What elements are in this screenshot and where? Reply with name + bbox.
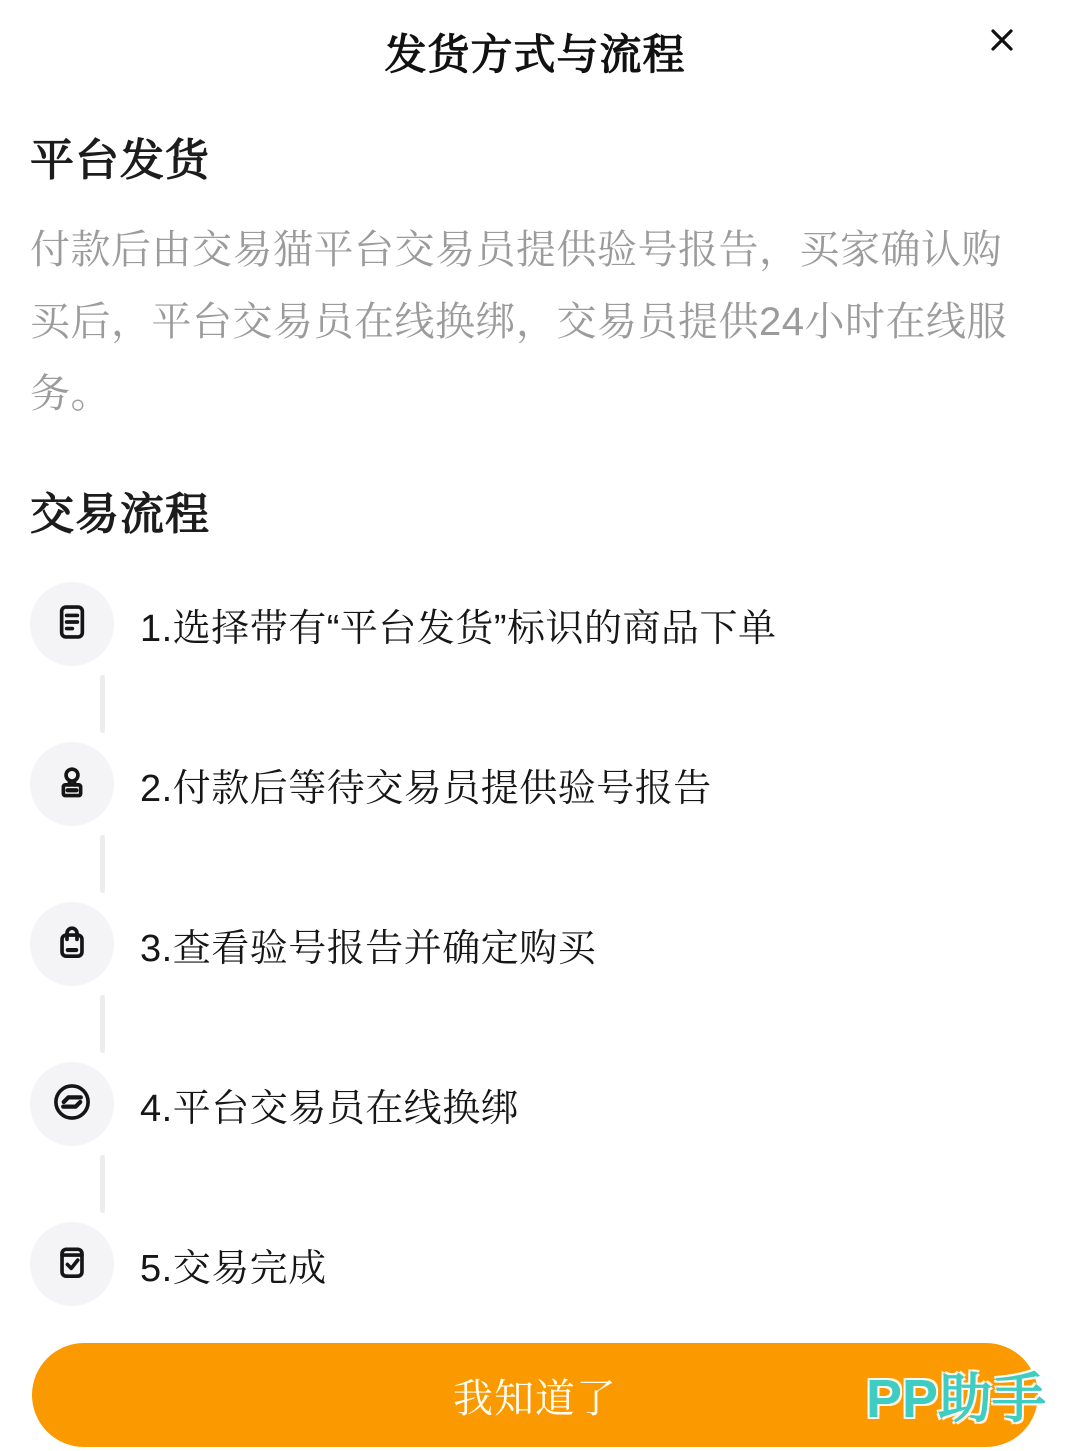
close-button[interactable] xyxy=(978,18,1026,66)
modal-header: 发货方式与流程 xyxy=(0,0,1070,84)
step-connector xyxy=(100,675,105,733)
step-1-label: 1.选择带有“平台发货”标识的商品下单 xyxy=(140,597,777,652)
step-4-icon-circle xyxy=(30,1062,114,1146)
step-item-3: 3.查看验号报告并确定购买 xyxy=(30,902,1040,986)
step-4-label: 4.平台交易员在线换绑 xyxy=(140,1077,519,1132)
step-connector xyxy=(100,835,105,893)
shipping-method-modal: 发货方式与流程 平台发货 付款后由交易猫平台交易员提供验号报告，买家确认购买后，… xyxy=(0,0,1070,1451)
platform-shipping-description: 付款后由交易猫平台交易员提供验号报告，买家确认购买后，平台交易员在线换绑，交易员… xyxy=(30,214,1040,430)
check-box-icon xyxy=(49,1239,95,1290)
step-connector xyxy=(100,1155,105,1213)
step-3-icon-circle xyxy=(30,902,114,986)
swap-icon xyxy=(49,1079,95,1130)
trade-process-heading: 交易流程 xyxy=(30,478,1040,542)
trade-process-steps: 1.选择带有“平台发货”标识的商品下单 2. xyxy=(30,582,1040,1306)
modal-title: 发货方式与流程 xyxy=(0,22,1070,82)
step-5-label: 5.交易完成 xyxy=(140,1237,327,1292)
step-item-5: 5.交易完成 xyxy=(30,1222,1040,1306)
step-item-4: 4.平台交易员在线换绑 xyxy=(30,1062,1040,1146)
shopping-bag-icon xyxy=(49,919,95,970)
step-item-2: 2.付款后等待交易员提供验号报告 xyxy=(30,742,1040,826)
step-item-1: 1.选择带有“平台发货”标识的商品下单 xyxy=(30,582,1040,666)
platform-shipping-heading: 平台发货 xyxy=(30,124,1040,188)
stamp-icon xyxy=(49,759,95,810)
confirm-button[interactable]: 我知道了 xyxy=(32,1343,1038,1447)
step-2-label: 2.付款后等待交易员提供验号报告 xyxy=(140,757,712,812)
step-5-icon-circle xyxy=(30,1222,114,1306)
step-3-label: 3.查看验号报告并确定购买 xyxy=(140,917,596,972)
modal-content: 平台发货 付款后由交易猫平台交易员提供验号报告，买家确认购买后，平台交易员在线换… xyxy=(0,124,1070,1306)
confirm-button-label: 我知道了 xyxy=(453,1367,617,1424)
document-icon xyxy=(49,599,95,650)
step-connector xyxy=(100,995,105,1053)
step-2-icon-circle xyxy=(30,742,114,826)
step-1-icon-circle xyxy=(30,582,114,666)
close-icon xyxy=(982,20,1022,65)
